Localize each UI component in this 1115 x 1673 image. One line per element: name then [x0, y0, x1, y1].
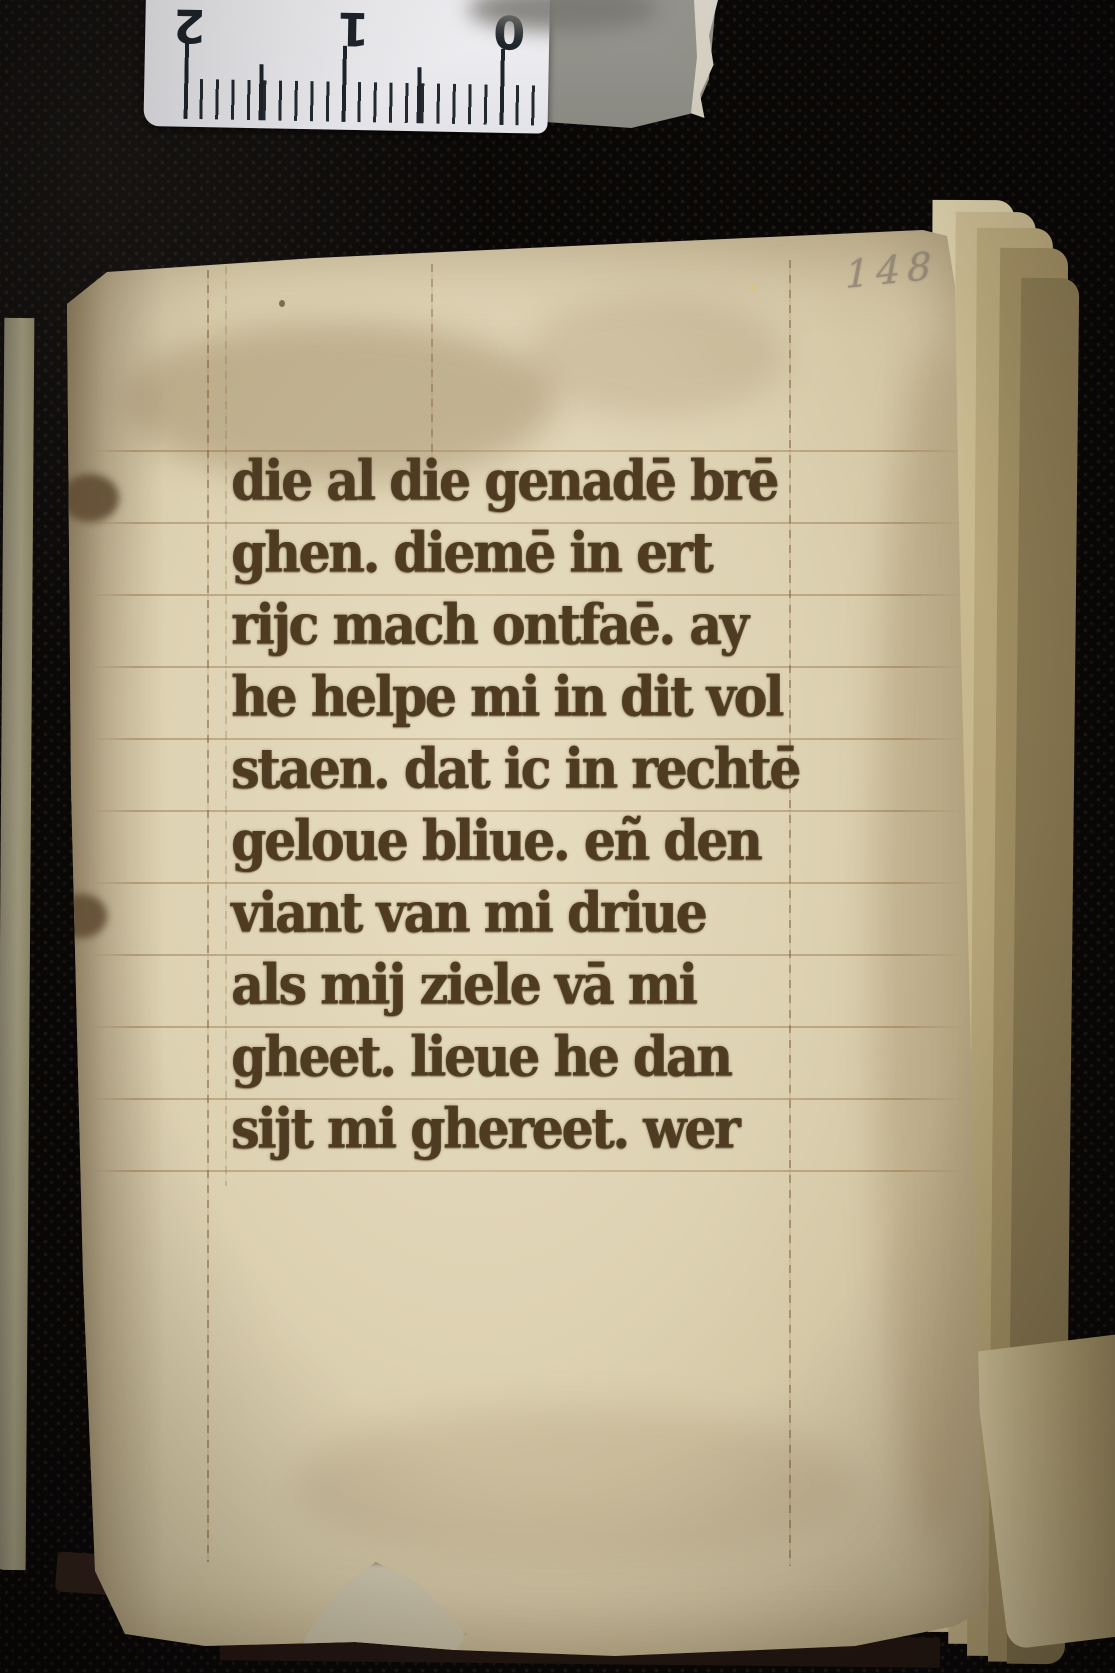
text-line-7: viant van mi driue	[231, 873, 871, 952]
ruler-ticks-cm	[184, 43, 509, 125]
text-line-6: geloue bliue. eñ den	[231, 801, 871, 880]
text-line-2: ghen. diemē in ert	[231, 513, 871, 592]
ruling-line-h	[91, 1170, 963, 1172]
ruling-line-v-upper	[431, 264, 433, 462]
gutter-shadow	[55, 226, 165, 1662]
parchment-stain-top-center	[525, 296, 785, 416]
parchment-stain-bottom	[295, 1406, 855, 1566]
text-line-9: gheet. lieue he dan	[231, 1017, 871, 1096]
fly-speck	[279, 300, 285, 307]
manuscript-page: 148 die al die genadē brē ghen. diemē in…	[55, 226, 990, 1662]
text-line-3: rijc mach ontfaē. ay	[231, 585, 871, 664]
text-line-4: he helpe mi in dit vol	[231, 657, 871, 736]
torn-vellum-patch	[301, 1562, 467, 1654]
book-spine-edge	[0, 318, 34, 1570]
text-line-8: als mij ziele vā mi	[231, 945, 871, 1024]
sewing-thread-lower	[55, 894, 107, 938]
text-line-5: staen. dat ic in rechtē	[231, 729, 871, 808]
ruling-line-v-left-inner	[225, 266, 227, 1186]
folio-number: 148	[845, 243, 938, 297]
sewing-thread-upper	[61, 474, 119, 522]
text-line-10: sijt mi ghereet. wer	[231, 1089, 871, 1168]
ruling-line-v-left-outer	[207, 270, 209, 1562]
text-block: die al die genadē brē ghen. diemē in ert…	[231, 441, 871, 1161]
text-line-1: die al die genadē brē	[231, 441, 871, 520]
wax-speck	[749, 284, 757, 292]
